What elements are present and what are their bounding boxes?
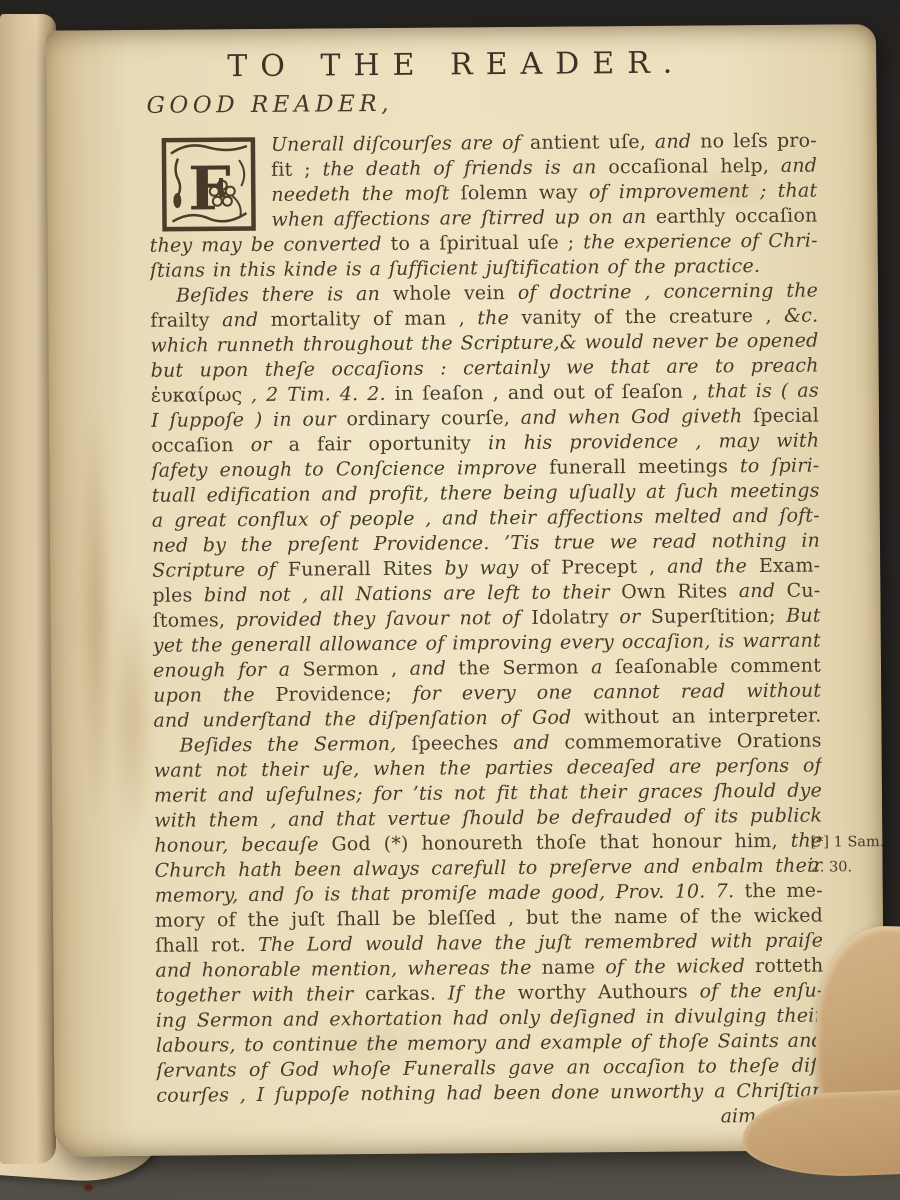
text-segment: ſtians in this kinde is a ſufficient juſ… (150, 255, 760, 282)
text-segment: a (591, 656, 615, 678)
text-segment: the Sermon (458, 656, 591, 679)
text-segment: by way (444, 557, 530, 580)
text-segment: the me- (744, 880, 822, 903)
text-segment: no leſs pro- (700, 130, 817, 153)
page-title: TO THE READER. (124, 45, 788, 85)
text-segment: bind not , all Nations are left to their (204, 581, 621, 606)
text-segment: they may be converted (150, 233, 391, 257)
text-segment: the experience of Chri- (583, 230, 818, 254)
text-segment: ſpeeches (411, 732, 513, 755)
text-segment: fit ; (271, 158, 323, 180)
text-segment: whole vein (393, 282, 518, 305)
text-segment: and (410, 657, 459, 679)
body-text: Unerall diſcourſes are of antient uſe, a… (149, 129, 825, 1109)
text-segment: in his providence , may with (488, 430, 819, 455)
gutter-stain (77, 400, 114, 830)
text-segment: ned by the preſent Providence. ’Tis true… (152, 530, 820, 557)
text-segment: ſafety enough to Conſcience improve (151, 457, 549, 482)
text-segment: Cu- (787, 580, 821, 602)
text-segment: Beſides the Sermon, (180, 733, 412, 757)
text-segment: with them , and that vertue ſhould be de… (154, 805, 822, 832)
text-segment: If the (448, 982, 518, 1005)
text-segment: carkas. (365, 982, 448, 1005)
text-segment: and (222, 309, 271, 331)
text-segment: memory, and ſo is that promiſe made good… (155, 880, 745, 907)
text-segment: the (477, 307, 521, 329)
margin-note-verse: 2. 30. (811, 855, 897, 881)
text-segment: ſervants of God whoſe Funeralls gave an … (156, 1055, 824, 1082)
text-segment: occaſional help, (608, 155, 781, 178)
text-segment: a great conflux of people , and their af… (152, 505, 820, 532)
text-segment: and when God giveth (521, 405, 754, 429)
text-segment: honour, becauſe (154, 833, 331, 856)
text-segment: Beſides there is an (176, 283, 393, 307)
text-segment: funerall meetings (549, 455, 740, 478)
text-segment: &c. (784, 305, 818, 327)
text-segment: and (739, 580, 787, 602)
text-segment: mory of the juſt ſhall be bleſſed , but … (155, 905, 823, 932)
text-segment: labours, to continue the memory and exam… (156, 1030, 824, 1057)
text-segment: worthy Authours (518, 981, 700, 1004)
text-segment: to a ſpiritual uſe ; (391, 231, 584, 255)
book-page: TO THE READER. GOOD READER, F Unerall di… (46, 24, 885, 1156)
text-segment: I ſuppoſe ) in our (151, 408, 347, 432)
text-segment: ſolemn way (460, 181, 588, 204)
text-segment: and honorable mention, whereas the (155, 957, 541, 982)
text-segment: vanity of the creature , (521, 305, 784, 329)
text-segment: ples (152, 584, 204, 606)
text-segment: name (542, 956, 606, 978)
text-segment: or (251, 434, 289, 456)
text-segment: yet the generall allowance of improving … (153, 630, 821, 657)
text-segment: courſes , I ſuppoſe nothing had been don… (156, 1080, 824, 1107)
text-segment: in ſeaſon , and out of ſeaſon , (395, 380, 708, 404)
text-segment: and the (667, 555, 759, 578)
text-segment: of the enſu- (699, 980, 823, 1003)
text-segment: ordinary courſe, (346, 407, 520, 430)
text-segment: provided they ſavour not of (236, 607, 532, 631)
text-segment: and underſtand the diſpenſation of God (153, 706, 584, 731)
text-segment: occaſion (151, 434, 251, 457)
text-segment: of improvement ; that (589, 180, 818, 204)
text-segment: a fair oportunity (289, 432, 489, 456)
text-segment: ſhall rot. (155, 934, 258, 957)
text-segment: ing Sermon and exhortation had only deſi… (156, 1005, 824, 1032)
text-segment: and (781, 155, 817, 177)
text-segment: and (513, 732, 564, 754)
text-segment: rotteth (755, 955, 823, 978)
text-segment: that is ( as (707, 380, 819, 403)
text-segment: Own Rites (621, 580, 739, 603)
text-segment: when affections are ſtirred up on an (271, 206, 656, 231)
text-segment: of doctrine , concerning the (518, 280, 818, 304)
text-segment: upon the (153, 684, 276, 707)
text-segment: Exam- (759, 555, 821, 577)
text-segment: or (619, 606, 651, 628)
catchword: aim ; (156, 1104, 824, 1134)
text-segment: But (786, 605, 821, 627)
text-segment: Idolatry (531, 606, 619, 629)
salutation: GOOD READER, (147, 91, 394, 119)
margin-note: [*] 1 Sam. 2. 30. (810, 830, 896, 881)
text-segment: the death of friends is an (322, 156, 608, 180)
text-segment: The Lord would have the juſt remembred w… (258, 930, 823, 956)
text-segment: God (*) honoureth thoſe that honour him, (331, 830, 790, 856)
text-segment: but upon theſe occaſions : certainly we … (151, 355, 819, 382)
text-segment: Superſtition; (651, 605, 787, 628)
text-segment: needeth the moſt (271, 182, 460, 205)
text-segment: frailty (150, 309, 222, 332)
text-segment: Unerall diſcourſes are of (271, 132, 530, 156)
text-segment: Scripture of (152, 559, 288, 582)
text-segment: merit and uſefulnes; for ’tis not fit th… (154, 780, 822, 807)
text-segment: antient uſe, (530, 131, 655, 154)
text-segment: without an interpreter. (584, 705, 821, 729)
text-segment: which runneth throughout the Scripture,&… (150, 330, 818, 357)
text-segment: Funerall Rites (288, 557, 445, 580)
text-segment: Church hath been always carefull to preſ… (155, 855, 823, 882)
text-segment: commemorative Orations (564, 730, 821, 754)
text-segment: to ſpiri- (740, 455, 820, 478)
text-segment: ἐυκαίρως (151, 384, 242, 407)
text-segment: ſpecial (753, 405, 819, 428)
text-segment: together with their (156, 983, 366, 1007)
text-segment: ſtomes, (153, 609, 236, 632)
text-segment: ſeaſonable comment (615, 655, 821, 679)
text-segment: mortality of man , (271, 307, 478, 331)
text-segment: of the wicked (605, 955, 755, 978)
debris-speck (84, 1184, 93, 1191)
photo-background: TO THE READER. GOOD READER, F Unerall di… (0, 0, 900, 1200)
gutter-stain (108, 590, 156, 850)
text-segment: tuall edification and profit, there bein… (152, 480, 820, 507)
text-segment: of Precept , (530, 556, 667, 579)
text-segment: Providence; (276, 683, 413, 706)
margin-note-ref: [*] 1 Sam. (810, 830, 896, 856)
text-segment: enough for a (153, 659, 303, 682)
text-segment: , 2 Tim. 4. 2. (242, 383, 395, 406)
text-segment: and (655, 130, 700, 152)
text-segment: Sermon , (302, 658, 409, 681)
